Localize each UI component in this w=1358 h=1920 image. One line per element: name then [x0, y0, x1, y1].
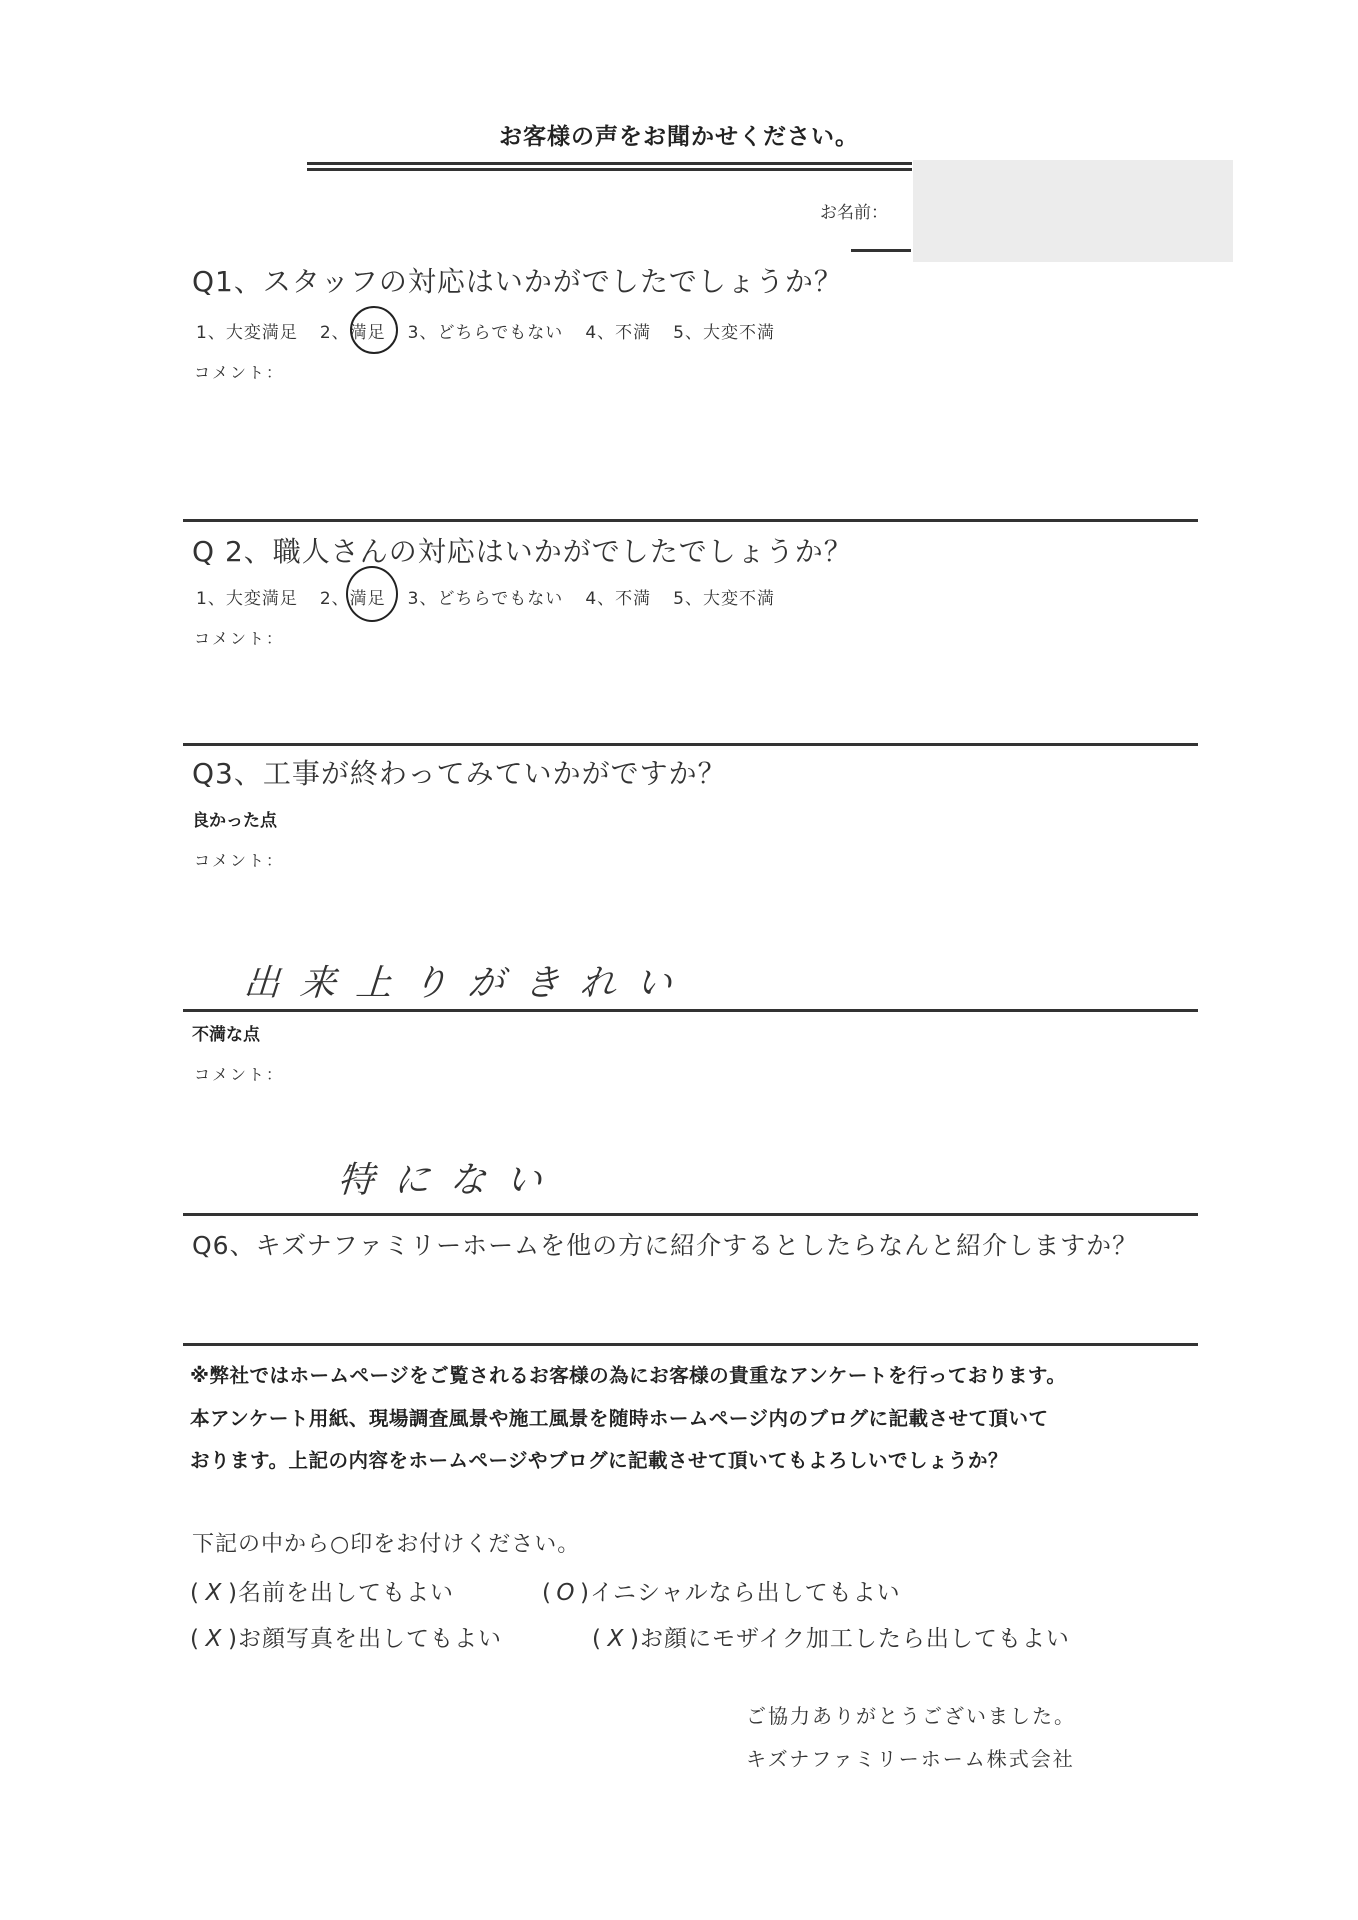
- q3-good-handwritten-answer: 出来上りがきれい: [242, 955, 694, 1006]
- selection-circle-icon: [350, 306, 398, 354]
- company-name: キズナファミリーホーム株式会社: [746, 1743, 1075, 1772]
- q6-question: Q6、キズナファミリーホームを他の方に紹介するとしたらなんと紹介しますか？: [192, 1226, 1138, 1262]
- consent-item-label: イニシャルなら出してもよい: [590, 1580, 901, 1606]
- q1-comment-label: コメント：: [194, 360, 284, 383]
- x-mark-icon: X: [602, 1626, 630, 1652]
- q2-option-4[interactable]: 4、不満: [585, 584, 651, 609]
- q2-options: 1、大変満足 2、満足 3、どちらでもない 4、不満 5、大変不満: [196, 584, 775, 609]
- title-double-rule: [307, 162, 912, 171]
- notice-line-1: ※弊社ではホームページをご覧されるお客様の為にお客様の貴重なアンケートを行ってお…: [190, 1360, 1066, 1388]
- q3-bad-handwritten-answer: 特にない: [336, 1152, 564, 1203]
- consent-item-label: お顔にモザイク加工したら出してもよい: [640, 1626, 1070, 1652]
- consent-instruction: 下記の中から○印をお付けください。: [192, 1527, 580, 1558]
- consent-item-name[interactable]: (X)名前を出してもよい: [190, 1574, 454, 1607]
- selection-circle-icon: [346, 566, 398, 622]
- q2-question: Q 2、職人さんの対応はいかがでしたでしょうか？: [192, 530, 853, 570]
- circle-mark-icon: O: [552, 1580, 580, 1606]
- q1-option-4[interactable]: 4、不満: [585, 318, 651, 343]
- q2-option-5[interactable]: 5、大変不満: [673, 584, 775, 609]
- q1-option-3[interactable]: 3、どちらでもない: [408, 318, 564, 343]
- q1-question: Q1、スタッフの対応はいかがでしたでしょうか？: [192, 260, 843, 300]
- q3-question: Q3、工事が終わってみていかがですか？: [192, 752, 727, 792]
- q3-bad-comment-label: コメント：: [194, 1062, 284, 1085]
- notice-line-3: おります。上記の内容をホームページやブログに記載させて頂いてもよろしいでしょうか…: [190, 1445, 1008, 1473]
- consent-item-label: お顔写真を出してもよい: [238, 1626, 502, 1652]
- q1-option-2-selected[interactable]: 2、満足: [320, 318, 386, 343]
- consent-item-label: 名前を出してもよい: [238, 1580, 454, 1606]
- q3-bad-label: 不満な点: [192, 1020, 260, 1045]
- section-divider: [183, 1343, 1198, 1346]
- section-divider: [183, 519, 1198, 522]
- q2-option-2-selected[interactable]: 2、満足: [320, 584, 386, 609]
- notice-line-2: 本アンケート用紙、現場調査風景や施工風景を随時ホームページ内のブログに記載させて…: [190, 1403, 1048, 1431]
- q1-option-5[interactable]: 5、大変不満: [673, 318, 775, 343]
- q2-comment-label: コメント：: [194, 626, 284, 649]
- section-divider: [183, 1009, 1198, 1012]
- consent-item-initials[interactable]: (O)イニシャルなら出してもよい: [542, 1574, 901, 1607]
- name-underline: [851, 249, 911, 252]
- q3-good-comment-label: コメント：: [194, 848, 284, 871]
- name-label: お名前：: [820, 198, 888, 223]
- thanks-message: ご協力ありがとうございました。: [746, 1700, 1076, 1729]
- consent-item-face-photo[interactable]: (X)お顔写真を出してもよい: [190, 1620, 502, 1653]
- q2-option-1[interactable]: 1、大変満足: [196, 584, 298, 609]
- q3-good-label: 良かった点: [192, 806, 277, 831]
- x-mark-icon: X: [200, 1626, 228, 1652]
- q1-option-1[interactable]: 1、大変満足: [196, 318, 298, 343]
- q1-options: 1、大変満足 2、満足 3、どちらでもない 4、不満 5、大変不満: [196, 318, 775, 343]
- q2-option-3[interactable]: 3、どちらでもない: [408, 584, 564, 609]
- consent-item-mosaic[interactable]: (X)お顔にモザイク加工したら出してもよい: [592, 1620, 1070, 1653]
- name-field-redacted[interactable]: [913, 160, 1233, 262]
- x-mark-icon: X: [200, 1580, 228, 1606]
- survey-title: お客様の声をお聞かせください。: [0, 118, 1358, 151]
- section-divider: [183, 743, 1198, 746]
- section-divider: [183, 1213, 1198, 1216]
